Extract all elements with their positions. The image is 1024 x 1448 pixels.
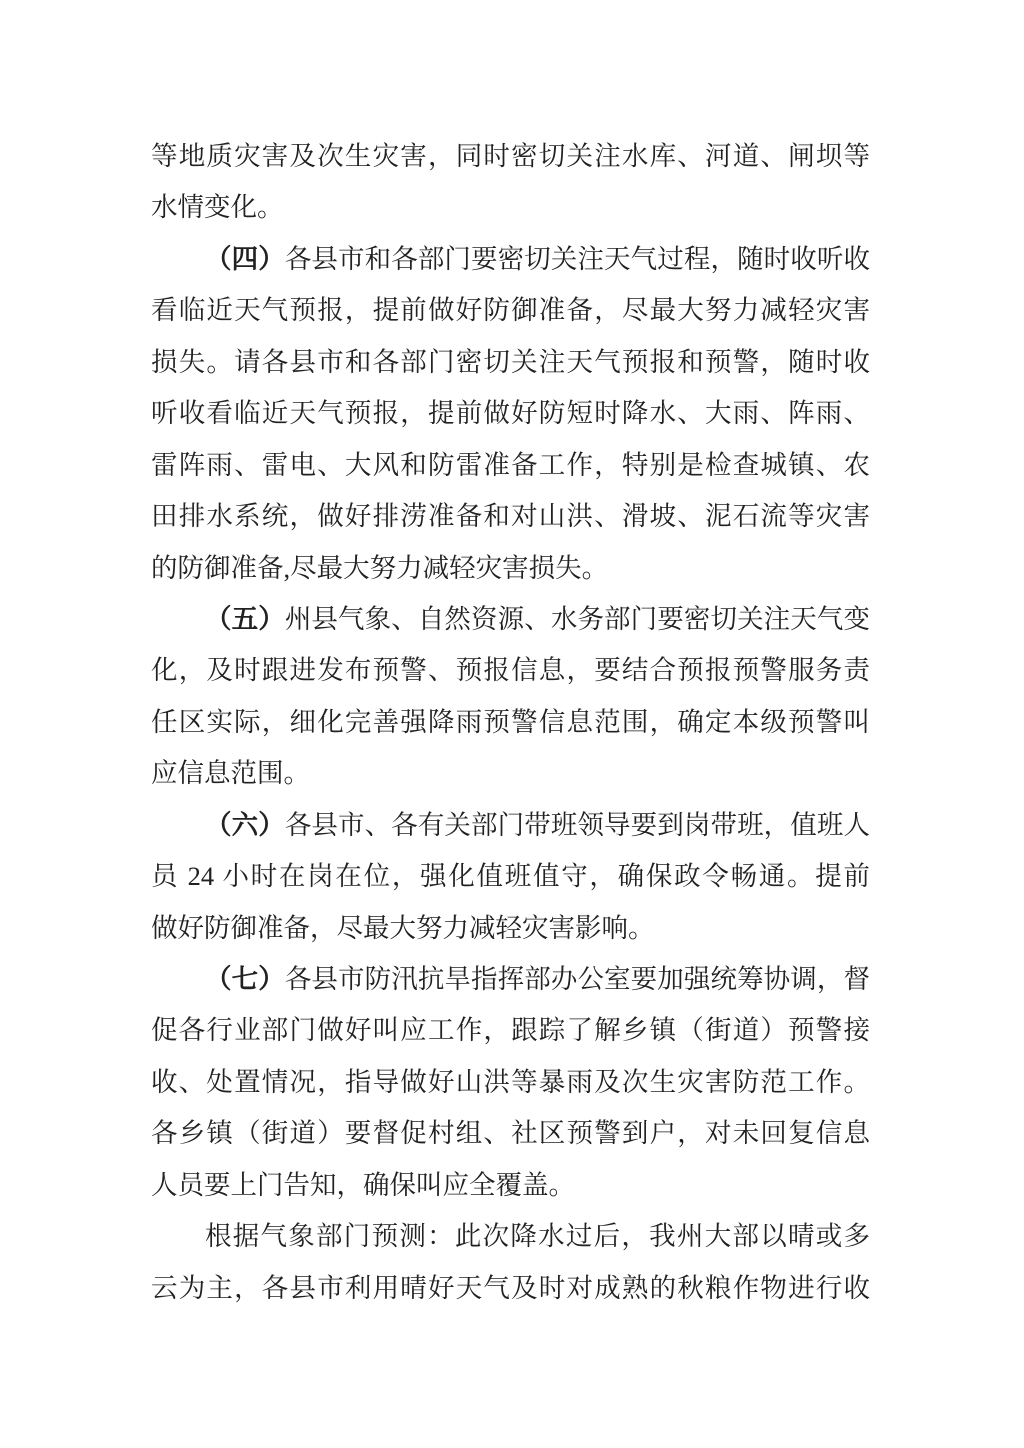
section-number: （四） xyxy=(205,244,285,274)
text-line: 看临近天气预报，提前做好防御准备，尽最大努力减轻灾害 xyxy=(151,285,870,336)
paragraph-start-line: （四）各县市和各部门要密切关注天气过程，随时收听收 xyxy=(151,234,870,285)
line-text: 员 24 小时在岗在位，强化值班值守，确保政令畅通。提前 xyxy=(151,861,870,891)
line-text: 水情变化。 xyxy=(151,192,284,222)
line-text: 损失。请各县市和各部门密切关注天气预报和预警，随时收 xyxy=(151,347,870,377)
paragraph-start-line: （七）各县市防汛抗旱指挥部办公室要加强统筹协调，督 xyxy=(151,954,870,1005)
text-line: 雷阵雨、雷电、大风和防雷准备工作，特别是检查城镇、农 xyxy=(151,440,870,491)
text-line: 化，及时跟进发布预警、预报信息，要结合预报预警服务责 xyxy=(151,645,870,696)
line-text: 做好防御准备，尽最大努力减轻灾害影响。 xyxy=(151,913,655,943)
line-text: 的防御准备,尽最大努力减轻灾害损失。 xyxy=(151,553,608,583)
text-line: 根据气象部门预测：此次降水过后，我州大部以晴或多 xyxy=(151,1211,870,1262)
line-text: 各乡镇（街道）要督促村组、社区预警到户，对未回复信息 xyxy=(151,1118,870,1148)
text-line: 云为主，各县市利用晴好天气及时对成熟的秋粮作物进行收 xyxy=(151,1263,870,1314)
line-text: 云为主，各县市利用晴好天气及时对成熟的秋粮作物进行收 xyxy=(151,1273,870,1303)
text-line: 水情变化。 xyxy=(151,182,870,233)
section-number: （五） xyxy=(205,604,285,634)
text-line: 员 24 小时在岗在位，强化值班值守，确保政令畅通。提前 xyxy=(151,851,870,902)
text-line: 等地质灾害及次生灾害，同时密切关注水库、河道、闸坝等 xyxy=(151,131,870,182)
text-line: 收、处置情况，指导做好山洪等暴雨及次生灾害防范工作。 xyxy=(151,1057,870,1108)
line-text: 等地质灾害及次生灾害，同时密切关注水库、河道、闸坝等 xyxy=(151,141,870,171)
text-line: 任区实际，细化完善强降雨预警信息范围，确定本级预警叫 xyxy=(151,697,870,748)
line-text: 促各行业部门做好叫应工作，跟踪了解乡镇（街道）预警接 xyxy=(151,1015,870,1045)
paragraph-start-line: （五）州县气象、自然资源、水务部门要密切关注天气变 xyxy=(151,594,870,645)
text-line: 应信息范围。 xyxy=(151,748,870,799)
line-text: 收、处置情况，指导做好山洪等暴雨及次生灾害防范工作。 xyxy=(151,1067,870,1097)
text-line: 听收看临近天气预报，提前做好防短时降水、大雨、阵雨、 xyxy=(151,388,870,439)
text-line: 做好防御准备，尽最大努力减轻灾害影响。 xyxy=(151,903,870,954)
line-text: 化，及时跟进发布预警、预报信息，要结合预报预警服务责 xyxy=(151,655,870,685)
line-text: 人员要上门告知，确保叫应全覆盖。 xyxy=(151,1170,575,1200)
text-line: 损失。请各县市和各部门密切关注天气预报和预警，随时收 xyxy=(151,337,870,388)
text-line: 田排水系统，做好排涝准备和对山洪、滑坡、泥石流等灾害 xyxy=(151,491,870,542)
text-line: 的防御准备,尽最大努力减轻灾害损失。 xyxy=(151,543,870,594)
line-text: 各县市防汛抗旱指挥部办公室要加强统筹协调，督 xyxy=(285,964,870,994)
line-text: 各县市和各部门要密切关注天气过程，随时收听收 xyxy=(285,244,870,274)
text-line: 各乡镇（街道）要督促村组、社区预警到户，对未回复信息 xyxy=(151,1108,870,1159)
section-number: （七） xyxy=(205,964,285,994)
line-text: 根据气象部门预测：此次降水过后，我州大部以晴或多 xyxy=(205,1221,870,1251)
line-text: 各县市、各有关部门带班领导要到岗带班，值班人 xyxy=(285,810,870,840)
line-text: 田排水系统，做好排涝准备和对山洪、滑坡、泥石流等灾害 xyxy=(151,501,870,531)
line-text: 州县气象、自然资源、水务部门要密切关注天气变 xyxy=(285,604,870,634)
line-text: 看临近天气预报，提前做好防御准备，尽最大努力减轻灾害 xyxy=(151,295,870,325)
text-line: 促各行业部门做好叫应工作，跟踪了解乡镇（街道）预警接 xyxy=(151,1005,870,1056)
text-line: 人员要上门告知，确保叫应全覆盖。 xyxy=(151,1160,870,1211)
line-text: 任区实际，细化完善强降雨预警信息范围，确定本级预警叫 xyxy=(151,707,870,737)
line-text: 听收看临近天气预报，提前做好防短时降水、大雨、阵雨、 xyxy=(151,398,870,428)
line-text: 应信息范围。 xyxy=(151,758,310,788)
line-text: 雷阵雨、雷电、大风和防雷准备工作，特别是检查城镇、农 xyxy=(151,450,870,480)
document-text-block: 等地质灾害及次生灾害，同时密切关注水库、河道、闸坝等水情变化。（四）各县市和各部… xyxy=(151,131,870,1314)
section-number: （六） xyxy=(205,810,285,840)
paragraph-start-line: （六）各县市、各有关部门带班领导要到岗带班，值班人 xyxy=(151,800,870,851)
document-page: 等地质灾害及次生灾害，同时密切关注水库、河道、闸坝等水情变化。（四）各县市和各部… xyxy=(0,0,1024,1448)
